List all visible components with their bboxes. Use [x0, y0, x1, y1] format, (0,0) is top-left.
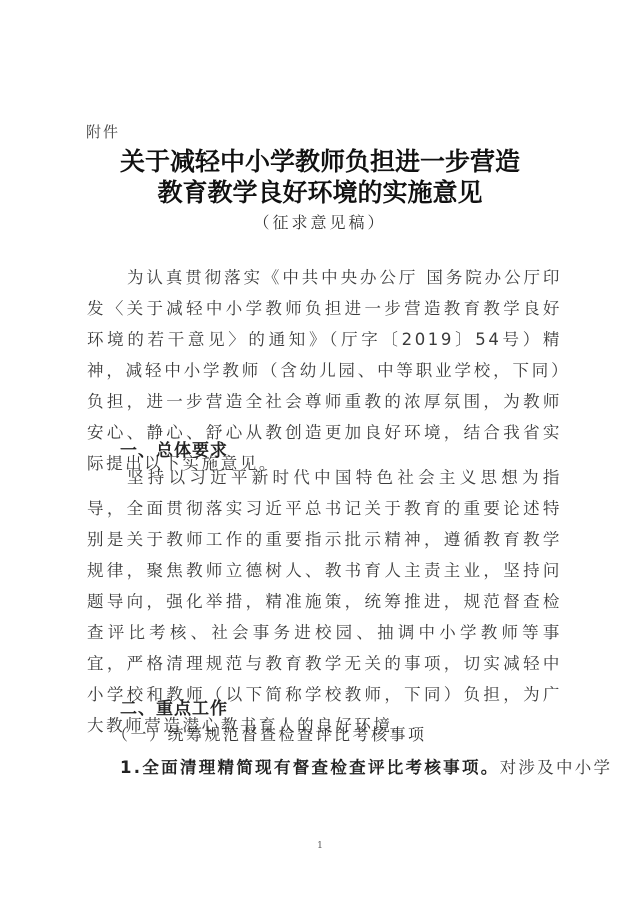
list-item-1-text: 对涉及中小学	[500, 758, 613, 777]
section-heading-key-work: 二、重点工作	[120, 694, 228, 719]
page-number: 1	[0, 841, 640, 851]
document-subtitle: （征求意见稿）	[0, 210, 640, 233]
list-item-1: 1.全面清理精简现有督查检查评比考核事项。对涉及中小学	[120, 754, 612, 778]
list-item-1-title: 1.全面清理精简现有督查检查评比考核事项。	[120, 758, 500, 777]
document-page: 附件 关于减轻中小学教师负担进一步营造 教育教学良好环境的实施意见 （征求意见稿…	[0, 0, 640, 905]
subsection-heading: （一）统筹规范督查检查评比考核事项	[112, 722, 427, 745]
attachment-label: 附件	[86, 121, 120, 142]
document-title-line-2: 教育教学良好环境的实施意见	[0, 173, 640, 209]
section-heading-general-requirements: 一、总体要求	[120, 436, 228, 461]
